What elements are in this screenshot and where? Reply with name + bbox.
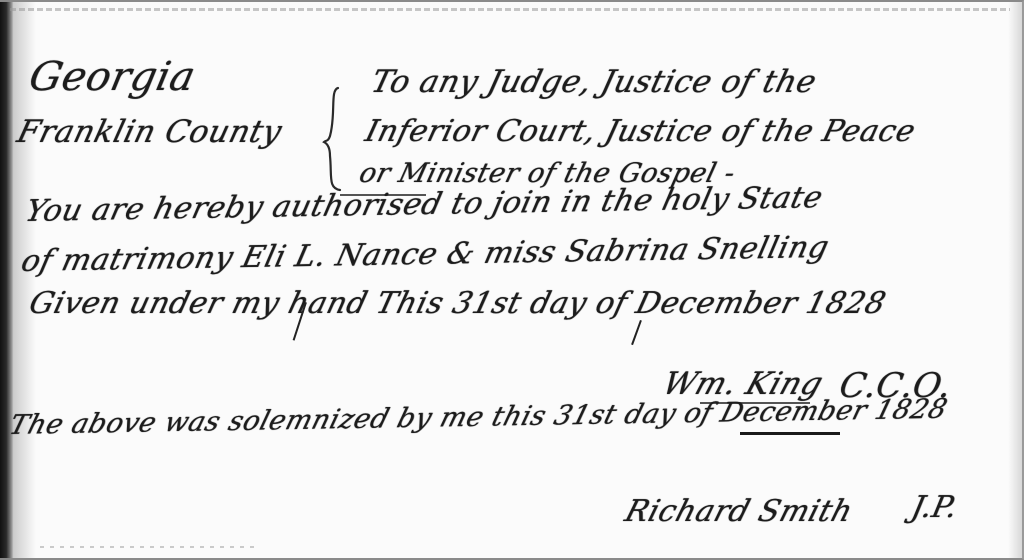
heading-county: Franklin County [14, 114, 286, 150]
top-rule-line [10, 8, 1010, 11]
ink-stroke [631, 320, 642, 345]
binding-edge [0, 2, 14, 560]
body-line-2-couple: of matrimony Eli L. Nance & miss Sabrina… [18, 230, 832, 279]
body-line-3-date: Given under my hand This 31st day of Dec… [26, 286, 890, 321]
curly-brace-icon [322, 84, 346, 194]
bottom-rule-line [40, 546, 260, 548]
body-line-1: You are hereby authorised to join in the… [22, 180, 826, 229]
officiant-signature-title: J.P. [908, 490, 960, 525]
brace-glyph [322, 84, 346, 194]
officiant-signature-name: Richard Smith [621, 494, 857, 529]
address-line-2: Inferior Court, Justice of the Peace [362, 114, 919, 149]
strikethrough-mark [740, 432, 840, 435]
address-line-1: To any Judge, Justice of the [368, 64, 821, 100]
page-edge-right [1008, 2, 1022, 560]
document-scan: Georgia Franklin County To any Judge, Ju… [0, 0, 1024, 560]
heading-state: Georgia [25, 54, 199, 100]
